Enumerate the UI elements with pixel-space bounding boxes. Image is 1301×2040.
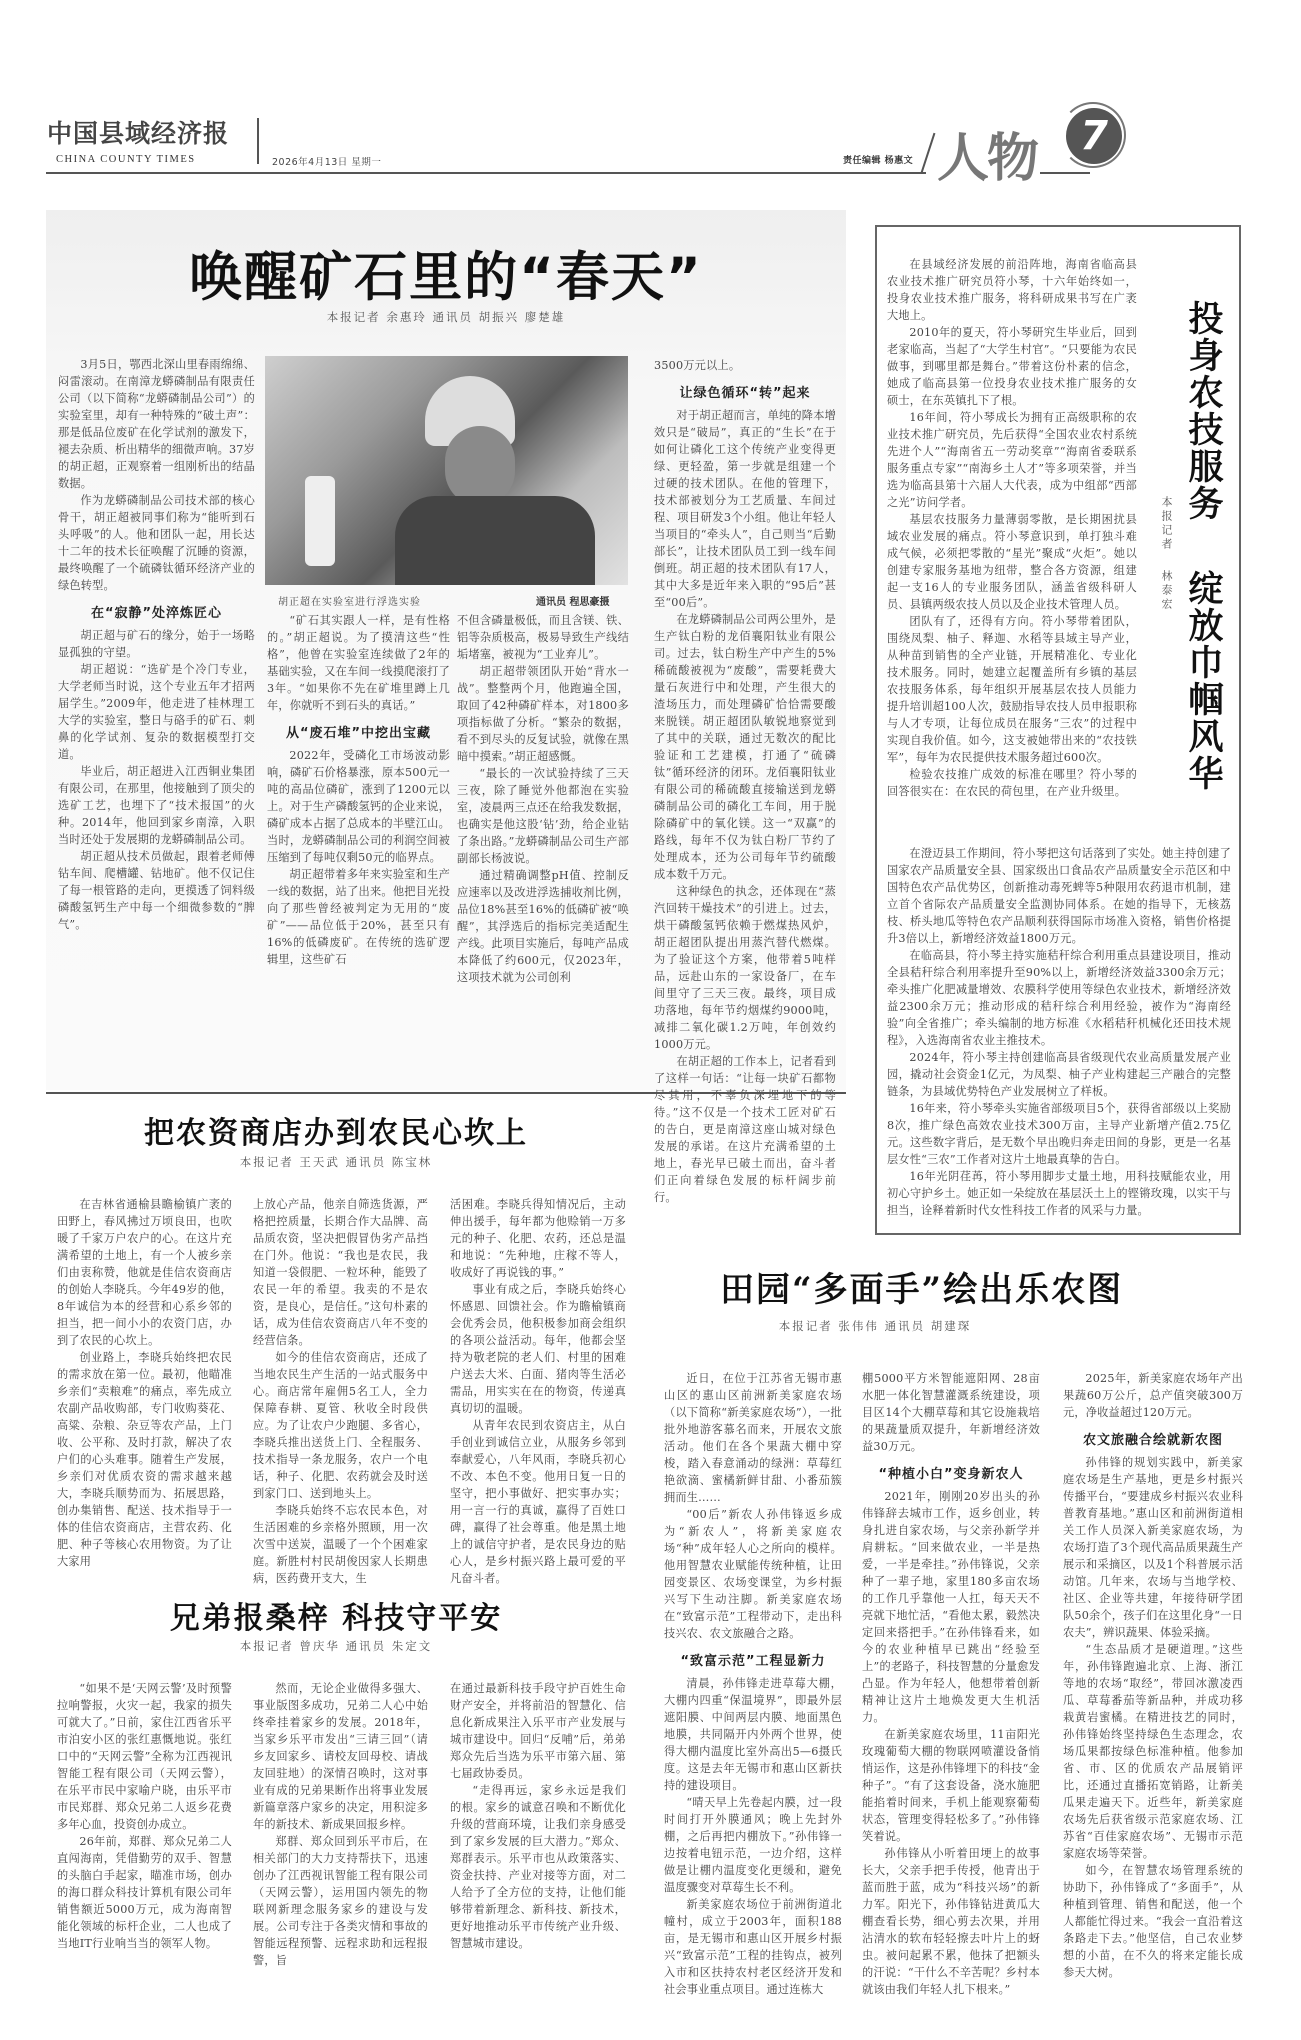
paragraph: 如今，在智慧农场管理系统的协助下，孙伟锋成了“多面手”，从种植到管理、销售和配送…: [1063, 1862, 1243, 1981]
section-slash: [921, 133, 936, 174]
paragraph: 16年间，符小琴成长为拥有正高级职称的农业技术推广研究员，先后获得“全国农业农村…: [887, 409, 1137, 511]
article-4-column-2: 然而，无论企业做得多强大、事业版图多成功，兄弟二人心中始终牵挂着家乡的发展。20…: [253, 1680, 428, 1969]
paragraph: 在澄迈县工作期间，符小琴把这句话落到了实处。她主持创建了国家农产品质量安全县、国…: [887, 845, 1231, 947]
article-2-byline-label: 本报记者: [1158, 496, 1174, 552]
paragraph: 上放心产品，他亲自筛选货源，严格把控质量，长期合作大品牌、高品质农资，坚决把假冒…: [253, 1196, 428, 1349]
article-2-headline-line-2: 绽放巾帼风华: [1183, 570, 1223, 792]
article-5-column-3: 2025年，新美家庭农场年产出果蔬60万公斤，总产值突破300万元，净收益超过1…: [1063, 1370, 1243, 1981]
paragraph: 团队有了，还得有方向。符小琴带着团队，围绕凤梨、柚子、释迦、水稻等县域主导产业，…: [887, 613, 1137, 766]
paragraph: 郑群、郑众回到乐平市后，在相关部门的大力支持帮扶下，迅速创办了江西视讯智能工程有…: [253, 1833, 428, 1969]
paragraph: 清晨，孙伟锋走进草莓大棚，大棚内四重“保温境界”，即最外层遮阳膜、中间两层内膜、…: [664, 1675, 842, 1794]
article-4-column-1: “如果不是‘天网云警’及时预警拉响警报，火灾一起，我家的损失可就大了。”日前，家…: [57, 1680, 232, 1952]
article-2-byline-author: 林泰宏: [1158, 570, 1174, 612]
paragraph: 这种绿色的执念，还体现在“蒸汽回转干燥技术”的引进上。过去，烘干磷酸氢钙依赖于燃…: [654, 883, 836, 1053]
photo-credit: 通讯员 程思豪摄: [536, 593, 609, 608]
paragraph: 2022年，受磷化工市场波动影响，磷矿石价格暴涨，原本500元一吨的高品位磷矿，…: [267, 747, 450, 866]
masthead-rule: [46, 172, 926, 174]
paragraph: 事业有成之后，李晓兵始终心怀感恩、回馈社会。作为瞻榆镇商会优秀会员，他积极参加商…: [450, 1281, 626, 1417]
article-3-headline: 把农资商店办到农民心坎上: [46, 1108, 626, 1152]
article-4-byline: 本报记者 曾庆华 通讯员 朱定文: [46, 1638, 626, 1654]
paragraph: 检验农技推广成效的标准在哪里？符小琴的回答很实在：在农民的荷包里，在产业升级里。: [887, 766, 1137, 800]
photo-caption: 胡正超在实验室进行浮选实验: [278, 593, 421, 608]
page-number-badge: 7: [1066, 108, 1122, 164]
paragraph: 在新美家庭农场里，11亩阳光玫瑰葡萄大棚的物联网喷灌设备悄悄运作，这是孙伟锋埋下…: [862, 1726, 1040, 1845]
paragraph: 2021年，刚刚20岁出头的孙伟锋辞去城市工作，返乡创业，转身扎进自家农场，与父…: [862, 1488, 1040, 1726]
paragraph: 在县域经济发展的前沿阵地，海南省临高县农业技术推广研究员符小琴，十六年始终如一，…: [887, 256, 1137, 324]
paragraph: “矿石其实跟人一样，是有性格的。”胡正超说。为了摸清这些“性格”，他曾在实验室连…: [267, 612, 450, 714]
paragraph: 胡正超带领团队开始“背水一战”。整整两个月，他跑遍全国，取回了42种磷矿样本，对…: [457, 663, 629, 765]
subheading: “致富示范”工程显新力: [664, 1650, 842, 1669]
paragraph: 毕业后，胡正超进入江西铜业集团有限公司，在那里，他接触到了顶尖的选矿工艺，也埋下…: [58, 763, 255, 848]
subheading: 在“寂静”处淬炼匠心: [58, 602, 255, 621]
paragraph: 胡正超带着多年来实验室和生产一线的数据，站了出来。他把目光投向了那些曾经被判定为…: [267, 866, 450, 968]
paragraph: 新美家庭农场位于前洲街道北幢村，成立于2003年，面积188亩，是无锡市和惠山区…: [664, 1896, 842, 1998]
paragraph: 对于胡正超而言，单纯的降本增效只是“破局”，真正的“生长”在于如何让磷化工这个传…: [654, 407, 836, 611]
masthead-divider: [257, 118, 259, 164]
paragraph: 在通过最新科技手段守护百姓生命财产安全，并将前沿的智慧化、信息化新成果注入乐平市…: [450, 1680, 626, 1782]
paragraph: 作为龙蟒磷制品公司技术部的核心骨干，胡正超被同事们称为“能听到石头呼吸”的人。他…: [58, 492, 255, 594]
paragraph: 活困难。李晓兵得知情况后，主动伸出援手，每年都为他赊销一万多元的种子、化肥、农药…: [450, 1196, 626, 1281]
editor-credit: 责任编辑 杨惠文: [843, 153, 913, 166]
article-3-column-1: 在吉林省通榆县瞻榆镇广袤的田野上，春风拂过万顷良田，也吹暖了千家万户农户的心。在…: [57, 1196, 232, 1570]
paragraph: “最长的一次试验持续了三天三夜，除了睡觉外他都泡在实验室，凌晨两三点还在给我发数…: [457, 765, 629, 867]
paragraph: 李晓兵始终不忘农民本色，对生活困难的乡亲格外照顾，用一次次雪中送炭，温暖了一个个…: [253, 1502, 428, 1587]
article-5-headline: 田园“多面手”绘出乐农图: [660, 1262, 1260, 1311]
article-1-column-4: 3500万元以上。 让绿色循环“转”起来 对于胡正超而言，单纯的降本增效只是“破…: [654, 357, 836, 1206]
paragraph: 通过精确调整pH值、控制反应速率以及改进浮选捕收剂比例，品位18%甚至16%的低…: [457, 867, 629, 986]
flask-shape: [305, 476, 335, 566]
paragraph: 2025年，新美家庭农场年产出果蔬60万公斤，总产值突破300万元，净收益超过1…: [1063, 1370, 1243, 1421]
newspaper-title-english: CHINA COUNTY TIMES: [56, 154, 196, 165]
paragraph: 棚5000平方米智能遮阳网、28亩水肥一体化智慧灌溉系统建设，项目区14个大棚草…: [862, 1370, 1040, 1455]
paragraph: 16年来，符小琴牵头实施省部级项目5个，获得省部级以上奖励8次，推广绿色高效农业…: [887, 1100, 1231, 1168]
article-1-byline: 本报记者 余惠玲 通讯员 胡振兴 廖楚雄: [46, 309, 846, 325]
subheading: 从“废石堆”中挖出宝藏: [267, 722, 450, 741]
section-title: 人物: [937, 116, 1037, 191]
paragraph: 在临高县，符小琴主持实施秸秆综合利用重点县建设项目，推动全县秸秆综合利用率提升至…: [887, 947, 1231, 1049]
body-shape: [395, 496, 595, 585]
section-underline: [1040, 172, 1090, 174]
article-2-column-full: 在澄迈县工作期间，符小琴把这句话落到了实处。她主持创建了国家农产品质量安全县、国…: [887, 845, 1231, 1219]
article-2-column-top: 在县域经济发展的前沿阵地，海南省临高县农业技术推广研究员符小琴，十六年始终如一，…: [887, 256, 1137, 800]
article-3-column-3: 活困难。李晓兵得知情况后，主动伸出援手，每年都为他赊销一万多元的种子、化肥、农药…: [450, 1196, 626, 1587]
subheading: 让绿色循环“转”起来: [654, 382, 836, 401]
paragraph: 2010年的夏天，符小琴研究生毕业后，回到老家临高，当起了“大学生村官”。“只要…: [887, 324, 1137, 409]
issue-date: 2026年4月13日 星期一: [272, 154, 381, 168]
article-5-column-2: 棚5000平方米智能遮阳网、28亩水肥一体化智慧灌溉系统建设，项目区14个大棚草…: [862, 1370, 1040, 1998]
subheading: 农文旅融合绘就新农图: [1063, 1429, 1243, 1448]
paragraph: 2024年，符小琴主持创建临高县省级现代农业高质量发展产业园，撬动社会资金1亿元…: [887, 1049, 1231, 1100]
paragraph: 然而，无论企业做得多强大、事业版图多成功，兄弟二人心中始终牵挂着家乡的发展。20…: [253, 1680, 428, 1833]
paragraph: 近日，在位于江苏省无锡市惠山区的惠山区前洲新美家庭农场（以下简称“新美家庭农场”…: [664, 1370, 842, 1506]
article-1-column-2: “矿石其实跟人一样，是有性格的。”胡正超说。为了摸清这些“性格”，他曾在实验室连…: [267, 612, 450, 968]
paragraph: 16年光阴荏苒，符小琴用脚步丈量土地，用科技赋能农业，用初心守护乡土。她正如一朵…: [887, 1168, 1231, 1219]
newspaper-title: 中国县域经济报: [47, 114, 229, 150]
article-5-column-1: 近日，在位于江苏省无锡市惠山区的惠山区前洲新美家庭农场（以下简称“新美家庭农场”…: [664, 1370, 842, 1998]
article-4-headline: 兄弟报桑梓 科技守平安: [46, 1593, 626, 1637]
paragraph: 孙伟锋的规划实践中，新美家庭农场是生产基地，更是乡村振兴传播平台，“要建成乡村振…: [1063, 1454, 1243, 1641]
paragraph: “如果不是‘天网云警’及时预警拉响警报，火灾一起，我家的损失可就大了。”日前，家…: [57, 1680, 232, 1833]
paragraph: 如今的佳信农资商店，还成了当地农民生产生活的一站式服务中心。商店常年雇佣5名工人…: [253, 1349, 428, 1502]
paragraph: “走得再远，家乡永远是我们的根。家乡的诚意召唤和不断优化升级的营商环境，让我们亲…: [450, 1782, 626, 1952]
paragraph: 孙伟锋从小听着田埂上的故事长大，父亲手把手传授，他青出于蓝而胜于蓝，成为“科技兴…: [862, 1845, 1040, 1998]
article-3-byline: 本报记者 王天武 通讯员 陈宝林: [46, 1154, 626, 1170]
paragraph: “生态品质才是硬道理。”这些年，孙伟锋跑遍北京、上海、浙江等地的农场“取经”，带…: [1063, 1641, 1243, 1862]
subheading: “种植小白”变身新农人: [862, 1463, 1040, 1482]
paragraph: 胡正超说：“选矿是个冷门专业，大学老师当时说，这个专业五年才招两届学生。”200…: [58, 661, 255, 763]
paragraph: “00后”新农人孙伟锋返乡成为“新农人”，将新美家庭农场“种”成年轻人心之所向的…: [664, 1506, 842, 1642]
article-1-column-1: 3月5日，鄂西北深山里春雨绵绵、闷雷滚动。在南漳龙蟒磷制品有限责任公司（以下简称…: [58, 356, 255, 933]
paragraph: 在胡正超的工作本上，记者看到了这样一句话：“让每一块矿石都物尽其用，不辜负深埋地…: [654, 1053, 836, 1206]
paragraph: 3月5日，鄂西北深山里春雨绵绵、闷雷滚动。在南漳龙蟒磷制品有限责任公司（以下简称…: [58, 356, 255, 492]
article-1-headline: 唤醒矿石里的“春天”: [46, 235, 846, 311]
article-2-headline-line-1: 投身农技服务: [1183, 300, 1223, 522]
article-5-byline: 本报记者 张伟伟 通讯员 胡建琛: [660, 1318, 1090, 1334]
paragraph: 基层农技服务力量薄弱零散，是长期困扰县域农业发展的痛点。符小琴意识到，单打独斗难…: [887, 511, 1137, 613]
article-1-photo: [265, 356, 628, 585]
paragraph: 在龙蟒磷制品公司两公里外，是生产钛白粉的龙佰襄阳钛业有限公司。过去，钛白粉生产中…: [654, 611, 836, 883]
paragraph: 26年前，郑群、郑众兄弟二人直闯海南，凭借勤劳的双手、智慧的头脑白手起家，瞄准市…: [57, 1833, 232, 1952]
paragraph: 在吉林省通榆县瞻榆镇广袤的田野上，春风拂过万顷良田，也吹暖了千家万户农户的心。在…: [57, 1196, 232, 1349]
article-3-column-2: 上放心产品，他亲自筛选货源，严格把控质量，长期合作大品牌、高品质农资，坚决把假冒…: [253, 1196, 428, 1587]
paragraph: 3500万元以上。: [654, 357, 836, 374]
paragraph: 从青年农民到农资店主，从白手创业到诚信立业，从服务乡邻到奉献爱心，八年风雨，李晓…: [450, 1417, 626, 1587]
paragraph: 胡正超与矿石的缘分，始于一场略显孤独的守望。: [58, 627, 255, 661]
article-4-column-3: 在通过最新科技手段守护百姓生命财产安全，并将前沿的智慧化、信息化新成果注入乐平市…: [450, 1680, 626, 1952]
article-1-column-3: 不但含磷量极低，而且含镁、铁、铝等杂质极高，极易导致生产线结垢堵塞，被视为“工业…: [457, 612, 629, 986]
paragraph: 创业路上，李晓兵始终把农民的需求放在第一位。最初，他瞄准乡亲们“卖粮难”的痛点，…: [57, 1349, 232, 1570]
paragraph: “晴天早上先卷起内膜，过一段时间打开外膜通风；晚上先封外棚，之后再把内棚放下。”…: [664, 1794, 842, 1896]
face-shape: [445, 426, 515, 506]
paragraph: 胡正超从技术员做起，跟着老师傅钻车间、爬槽罐、钻地矿。他不仅记住了每一根管路的走…: [58, 848, 255, 933]
article-divider: [46, 1092, 846, 1094]
paragraph: 不但含磷量极低，而且含镁、铁、铝等杂质极高，极易导致生产线结垢堵塞，被视为“工业…: [457, 612, 629, 663]
